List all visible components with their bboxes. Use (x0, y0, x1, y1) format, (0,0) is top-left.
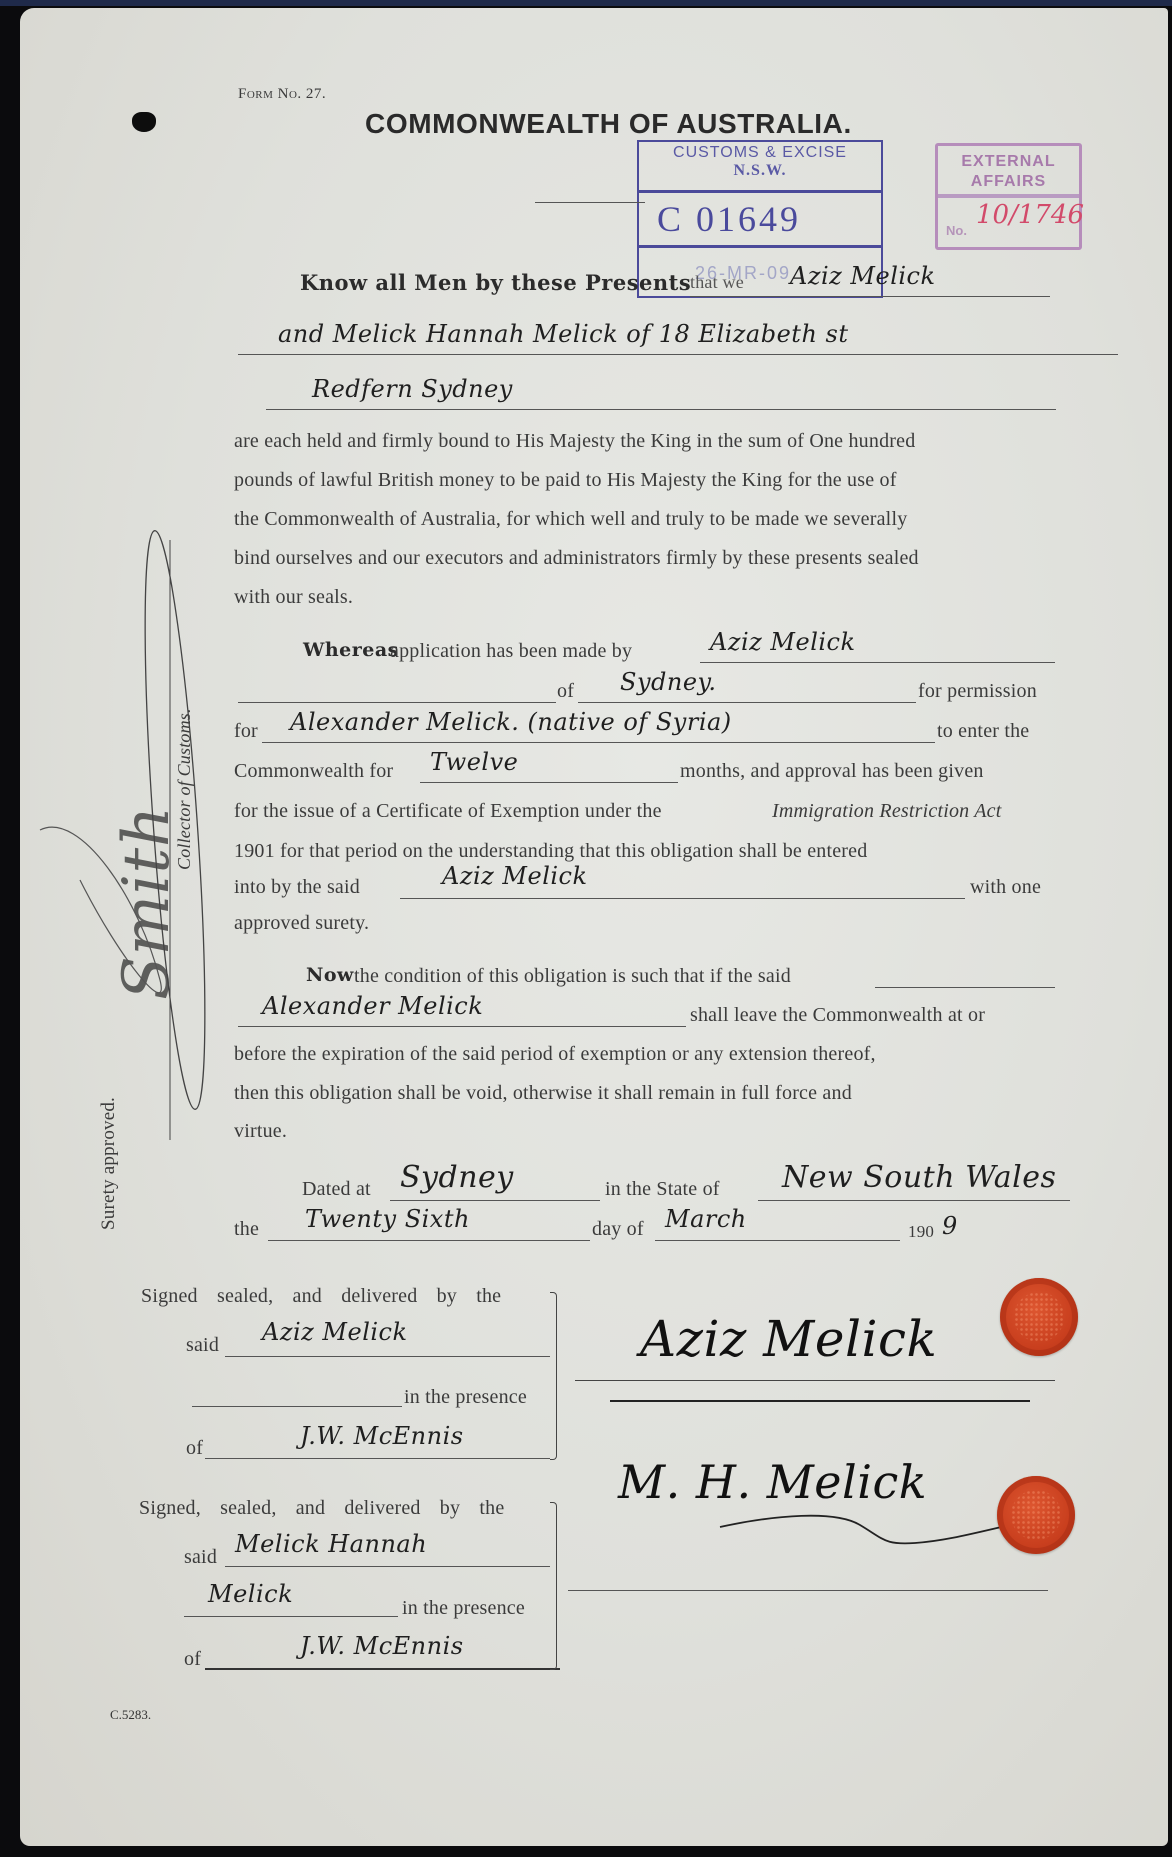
whereas-text: application has been made by (390, 640, 632, 663)
dated-month-hand: March (665, 1205, 747, 1233)
signer-cont-hand: Melick (208, 1580, 293, 1608)
said-label: said (186, 1334, 219, 1357)
form-number: Form No. 27. (238, 86, 326, 103)
condition-subject-hand: Alexander Melick (262, 992, 483, 1020)
customs-stamp-number: C 01649 (639, 193, 881, 248)
bond-line: are each held and firmly bound to His Ma… (234, 430, 915, 453)
customs-stamp-line2: N.S.W. (639, 162, 881, 180)
signature-flourish (610, 1400, 1030, 1402)
whereas-text: for permission (918, 680, 1037, 703)
condition-text: then this obligation shall be void, othe… (234, 1082, 852, 1105)
subject-hand: Alexander Melick. (native of Syria) (290, 708, 732, 736)
external-affairs-stamp: EXTERNAL AFFAIRS No. 10/1746 (935, 143, 1082, 250)
whereas-text: Commonwealth for (234, 760, 393, 783)
dated-state-underline (758, 1200, 1070, 1201)
whereas-text: for the issue of a Certificate of Exempt… (234, 800, 662, 823)
whereas-text: approved surety. (234, 912, 369, 935)
condition-subject-underline (238, 1026, 686, 1027)
wax-seal-2 (997, 1476, 1075, 1554)
ext-stamp-line1: EXTERNAL (938, 152, 1079, 172)
condition-underline (875, 987, 1055, 988)
dated-year-hand: 9 (942, 1212, 958, 1240)
ext-stamp-line2: AFFAIRS (938, 172, 1079, 192)
signer-hand: Aziz Melick (262, 1318, 408, 1346)
preamble-lead: Know all Men by these Presents (300, 270, 691, 295)
applicant-underline (700, 662, 1055, 663)
ribbon-line (535, 202, 645, 203)
signature-line-2 (568, 1590, 1048, 1591)
condition-text: virtue. (234, 1120, 287, 1143)
dated-day-underline (268, 1240, 590, 1241)
bond-line: pounds of lawful British money to be pai… (234, 469, 897, 492)
preamble-line3-underline (266, 409, 1056, 410)
bracket (550, 1502, 557, 1670)
signature-line-1 (575, 1380, 1055, 1381)
whereas-text: 1901 for that period on the understandin… (234, 840, 867, 863)
whereas-text: into by the said (234, 876, 360, 899)
presence-underline (184, 1616, 398, 1617)
dated-place-hand: Sydney (400, 1160, 514, 1195)
obligor-underline (400, 898, 965, 899)
whereas-text: with one (970, 876, 1041, 899)
dated-month-underline (655, 1240, 900, 1241)
dated-year-printed: 190 (908, 1222, 934, 1242)
collector-signature-flourish (20, 520, 220, 1160)
act-name: Immigration Restriction Act (772, 800, 1001, 823)
ext-stamp-no-label: No. (946, 223, 967, 238)
bond-line: the Commonwealth of Australia, for which… (234, 508, 907, 531)
ext-stamp-reference: 10/1746 (976, 200, 1084, 230)
subject-underline (262, 742, 935, 743)
signer-underline (225, 1356, 550, 1357)
top-border (0, 0, 1172, 6)
whereas-for: for (234, 720, 258, 743)
applicant-hand: Aziz Melick (710, 628, 856, 656)
blank-underline (238, 702, 556, 703)
dated-text: Dated at (302, 1178, 371, 1201)
of-label: of (184, 1648, 201, 1671)
condition-text: the condition of this obligation is such… (354, 965, 791, 988)
whereas-text: to enter the (937, 720, 1029, 743)
witness-underline (205, 1458, 550, 1459)
obligor-signature-1: Aziz Melick (640, 1310, 937, 1368)
said-label: said (184, 1546, 217, 1569)
footer-code: C.5283. (110, 1707, 151, 1723)
obligor-hand: Aziz Melick (442, 862, 588, 890)
witness-underline (205, 1668, 560, 1670)
whereas-lead: Whereas (303, 639, 399, 661)
dated-place-underline (390, 1200, 600, 1201)
bracket (550, 1292, 557, 1460)
dated-text: the (234, 1218, 259, 1241)
punch-hole (132, 112, 156, 132)
signer-hand: Melick Hannah (235, 1530, 427, 1558)
bond-line: bind ourselves and our executors and adm… (234, 547, 919, 570)
witness-hand: J.W. McEnnis (300, 1422, 464, 1450)
wax-seal-1 (1000, 1278, 1078, 1356)
signer-underline (225, 1566, 550, 1567)
whereas-text: months, and approval has been given (680, 760, 984, 783)
signature-flourish-2 (715, 1505, 1015, 1550)
document-title: COMMONWEALTH OF AUSTRALIA. (365, 108, 852, 140)
preamble-underline (690, 296, 1050, 297)
presence-label: in the presence (404, 1386, 527, 1409)
dated-day-hand: Twenty Sixth (305, 1205, 470, 1233)
obligor-signature-2: M. H. Melick (618, 1455, 927, 1509)
preamble-line2-underline (238, 354, 1118, 355)
dated-state-hand: New South Wales (782, 1160, 1056, 1195)
preamble-that-we: that we (690, 272, 744, 293)
sig-block-heading: Signed sealed, and delivered by the (141, 1285, 501, 1308)
presence-label: in the presence (402, 1597, 525, 1620)
preamble-line3-hand: Redfern Sydney (312, 375, 513, 403)
preamble-line2-hand: and Melick Hannah Melick of 18 Elizabeth… (278, 320, 849, 348)
dated-text: in the State of (605, 1178, 720, 1201)
bond-line: with our seals. (234, 586, 353, 609)
dated-text: day of (592, 1218, 644, 1241)
presence-underline (192, 1406, 402, 1407)
condition-text: shall leave the Commonwealth at or (690, 1004, 985, 1027)
witness-hand: J.W. McEnnis (300, 1632, 464, 1660)
of-label: of (186, 1437, 203, 1460)
period-hand: Twelve (430, 748, 518, 776)
customs-stamp-line1: CUSTOMS & EXCISE (639, 144, 881, 162)
condition-text: before the expiration of the said period… (234, 1043, 876, 1066)
obligor-1-hand: Aziz Melick (790, 262, 936, 290)
place-hand: Sydney. (620, 668, 717, 696)
sig-block-heading: Signed, sealed, and delivered by the (139, 1497, 504, 1520)
place-underline (578, 702, 916, 703)
condition-lead: Now (306, 964, 354, 986)
whereas-of: of (557, 680, 574, 703)
period-underline (420, 782, 678, 783)
